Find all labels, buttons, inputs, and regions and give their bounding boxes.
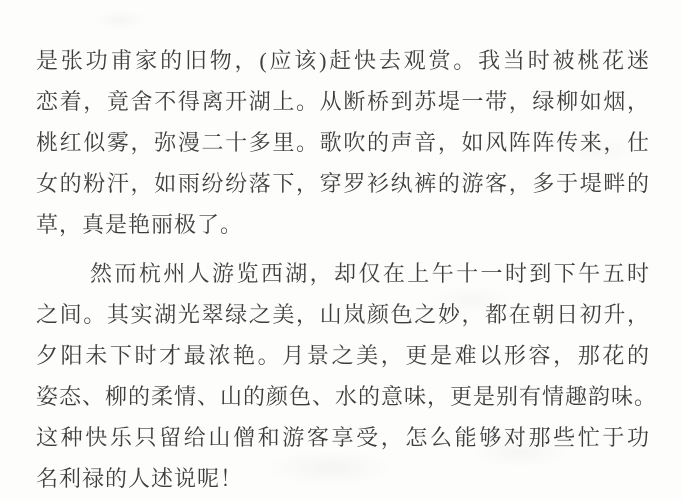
- text-line: 恋着，竟舍不得离开湖上。从断桥到苏堤一带，绿柳如烟，: [36, 81, 650, 122]
- text-line: 然而杭州人游览西湖，却仅在上午十一时到下午五时: [36, 253, 650, 294]
- scanned-document-page: { "document": { "language": "zh-CN", "de…: [0, 0, 682, 500]
- text-line: 姿态、柳的柔情、山的颜色、水的意味，更是别有情趣韵味。: [36, 376, 650, 417]
- text-line: 女的粉汗，如雨纷纷落下，穿罗衫纨裤的游客，多于堤畔的: [36, 163, 650, 204]
- text-line: 草，真是艳丽极了。: [36, 204, 650, 245]
- document-page: 是张功甫家的旧物，(应该)赶快去观赏。我当时被桃花迷 恋着，竟舍不得离开湖上。从…: [36, 40, 650, 499]
- text-line: 这种快乐只留给山僧和游客享受，怎么能够对那些忙于功: [36, 417, 650, 458]
- paragraph-2: 然而杭州人游览西湖，却仅在上午十一时到下午五时 之间。其实湖光翠绿之美，山岚颜色…: [36, 253, 650, 499]
- text-line: 名利禄的人述说呢！: [36, 458, 650, 499]
- paragraph-1: 是张功甫家的旧物，(应该)赶快去观赏。我当时被桃花迷 恋着，竟舍不得离开湖上。从…: [36, 40, 650, 245]
- text-line: 夕阳未下时才最浓艳。月景之美，更是难以形容，那花的: [36, 335, 650, 376]
- text-line: 桃红似雾，弥漫二十多里。歌吹的声音，如风阵阵传来，仕: [36, 122, 650, 163]
- text-line: 之间。其实湖光翠绿之美，山岚颜色之妙，都在朝日初升，: [36, 294, 650, 335]
- text-line: 是张功甫家的旧物，(应该)赶快去观赏。我当时被桃花迷: [36, 40, 650, 81]
